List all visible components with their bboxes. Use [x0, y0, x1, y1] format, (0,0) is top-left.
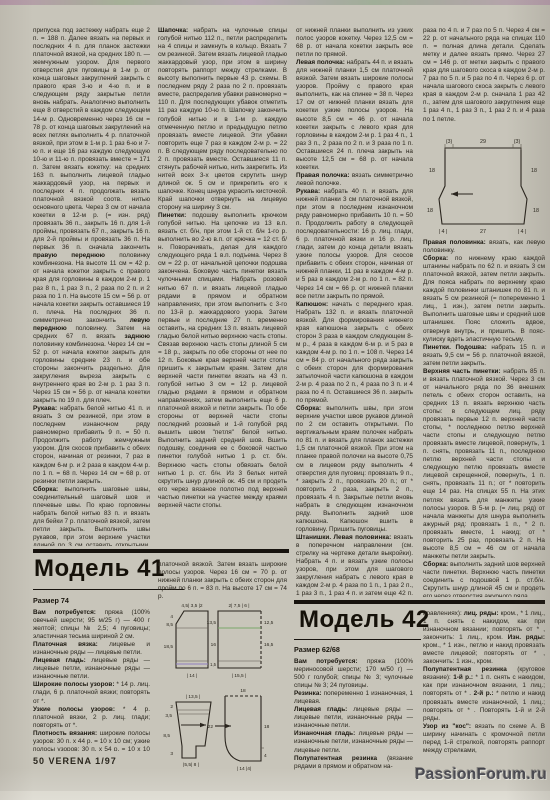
p1-bottom-label: | 14 |: [187, 673, 198, 679]
model42-title: Модель 42: [299, 606, 430, 634]
model41-size: Размер 74: [33, 596, 69, 605]
p4-bottom-label: | 14 |4|: [237, 766, 251, 772]
column-3-instructions: от нижней планки выполнить из узких поло…: [296, 27, 413, 597]
model41-top-rule: [33, 549, 289, 553]
page-footer: 50 VERENA 1/97: [33, 756, 117, 766]
paragraph: Пинетки: подошву выполнить крючком голуб…: [158, 212, 287, 510]
paragraph: Широкие полосы узоров: * 14 р. лиц. глад…: [33, 681, 150, 705]
paragraph: Изнаночная гладь: лицевые ряды — изнаноч…: [294, 730, 413, 754]
paragraph: Рукава: набрать белой нитью 41 п. и вяза…: [33, 405, 150, 485]
pants-label-bottom-right: | 4 |: [518, 229, 527, 235]
paragraph: Лицевая гладь: лицевые ряды — лицевые пе…: [33, 657, 150, 681]
pants-label-bottom-left: | 4 |: [439, 229, 448, 235]
pants-piece-schematic: (3) 29 (3) 18 18 18 18 | 4 | 27 | 4 |: [421, 136, 545, 236]
model41-column-1-text: Вам потребуется: пряжа (100% овечьей шер…: [33, 609, 150, 751]
paragraph: Полупатентная резинка (вязание рядами в …: [294, 755, 413, 771]
paragraph: Правая половинка: вязать, как левую поло…: [423, 239, 545, 255]
pants-label-top-right: (3): [514, 139, 521, 145]
model42-top-rule: [294, 600, 545, 604]
p2-top-label: 2| 7,5 | 6 |: [228, 603, 249, 609]
model42-column-4-text: правлениях): лиц. ряды: кром., * 1 лиц.,…: [423, 610, 545, 760]
paragraph: раза по 4 п. и 7 раз по 5 п. Через 4 см …: [423, 27, 545, 124]
paragraph: Сборка: выполнить задний шов верхней час…: [423, 561, 545, 597]
paragraph: Сборка: выполнить шаговые швы, соедините…: [33, 486, 150, 546]
paragraph: Сборка: по нижнему краю каждой штанины н…: [423, 255, 545, 344]
pants-label-bottom-mid: 27: [480, 229, 486, 235]
p2-left-label-1: 13,5: [207, 620, 217, 626]
p4-right-label-2: 4: [264, 753, 267, 759]
column-4-instructions-top: раза по 4 п. и 7 раз по 5 п. Через 4 см …: [423, 27, 545, 137]
paragraph: Вам потребуется: пряжа (100% овечьей шер…: [33, 609, 150, 641]
model41-title: Модель 41: [34, 555, 165, 583]
paragraph: Сборка: выполнить швы, при этом верхние …: [296, 405, 413, 534]
paragraph: Рукава: набрать 40 п. и вязать для нижне…: [296, 188, 413, 301]
paragraph: Капюшон: начать с переднего края. Набрат…: [296, 301, 413, 406]
p2-bottom-label: | 15,5 |: [232, 673, 247, 679]
p3-top-label: | 13,5 |: [186, 694, 201, 700]
model42-column-3-text: Вам потребуется: пряжа (100% мериносовой…: [294, 658, 413, 793]
paragraph: Плотность вязания: широкие полосы узоров…: [33, 730, 150, 751]
p4-right-label-1: 18: [264, 724, 270, 730]
model42-size: Размер 62/68: [294, 645, 340, 654]
pants-label-top-mid: 29: [480, 139, 486, 145]
p3-left-label-1: 2: [170, 704, 173, 710]
paragraph: Правая полочка: вязать симметрично левой…: [296, 172, 413, 188]
paragraph: Штанишки. Левая половинка: вязать в попе…: [296, 534, 413, 597]
paragraph: Верхняя часть пинетки: набрать 85 п. и в…: [423, 368, 545, 561]
pants-label-left-upper: 18: [429, 168, 435, 174]
column-4-instructions-bottom: Правая половинка: вязать, как левую поло…: [423, 239, 545, 597]
paragraph: Узкие полосы узоров: * 4 р. платочной вя…: [33, 706, 150, 730]
scan-bottom-strip: [0, 791, 550, 800]
p1-left-label-3: 18,5: [164, 644, 174, 650]
p1-left-label-1: 4: [170, 614, 173, 620]
p1-top-label: 4,5| 3,5 |2: [181, 603, 202, 609]
pants-label-left-lower: 18: [427, 208, 433, 214]
paragraph: Узор из "кос": вязать по схеме А. В шири…: [423, 723, 545, 755]
p3-left-label-3: 8,5: [163, 733, 170, 739]
pants-label-right-upper: 18: [531, 168, 537, 174]
paragraph: Вам потребуется: пряжа (100% мериносовой…: [294, 658, 413, 690]
p4-left-label: 22: [208, 724, 214, 730]
paragraph: припуска под застежку набрать еще 2 п. =…: [33, 27, 150, 405]
paragraph: Шапочка: набрать на чулочные спицы голуб…: [158, 27, 287, 212]
column-2-instructions: Шапочка: набрать на чулочные спицы голуб…: [158, 27, 287, 541]
paragraph: Левая полочка: набрать 44 п. и вязать дл…: [296, 59, 413, 172]
paragraph: платочной вязкой. Затем вязать широкие п…: [158, 561, 287, 601]
pants-label-top-left: (3): [446, 139, 453, 145]
p3-bottom-label: |5,5| 8 |: [183, 762, 199, 768]
p4-top-label: 18: [240, 688, 246, 694]
paragraph: Полупатентная резинка (круговое вязание)…: [423, 666, 545, 722]
p1-left-label-2: 8,5: [166, 622, 173, 628]
paragraph: Платочная вязка: лицевые и изнаночные ря…: [33, 641, 150, 657]
p2-left-label-3: 1,5: [210, 662, 216, 667]
magazine-page: припуска под застежку набрать еще 2 п. =…: [0, 0, 550, 800]
p2-left-label-2: 16: [211, 642, 217, 648]
p3-left-label-2: 3,5: [165, 713, 172, 719]
paragraph: Лицевая гладь: лицевые ряды — лицевые пе…: [294, 706, 413, 730]
p2-right-label-1: 12,5: [264, 620, 274, 626]
paragraph: правлениях): лиц. ряды: кром., * 1 лиц.,…: [423, 610, 545, 666]
paragraph: от нижней планки выполнить из узких поло…: [296, 27, 413, 59]
model42-title-underline: [294, 639, 421, 640]
watermark: PassionForum.ru: [415, 766, 547, 784]
column-1-instructions: припуска под застежку набрать еще 2 п. =…: [33, 27, 150, 546]
p2-right-label-2: 16,5: [264, 642, 274, 648]
pants-label-right-lower: 18: [533, 208, 539, 214]
paragraph: Пинетки. Подошва: набрать 15 п. и вязать…: [423, 344, 545, 368]
scan-edge-artifact: [0, 0, 550, 5]
paragraph: Резинка: попеременно 1 изнаночная, 1 лиц…: [294, 690, 413, 706]
p3-left-label-4: 3: [170, 751, 173, 757]
